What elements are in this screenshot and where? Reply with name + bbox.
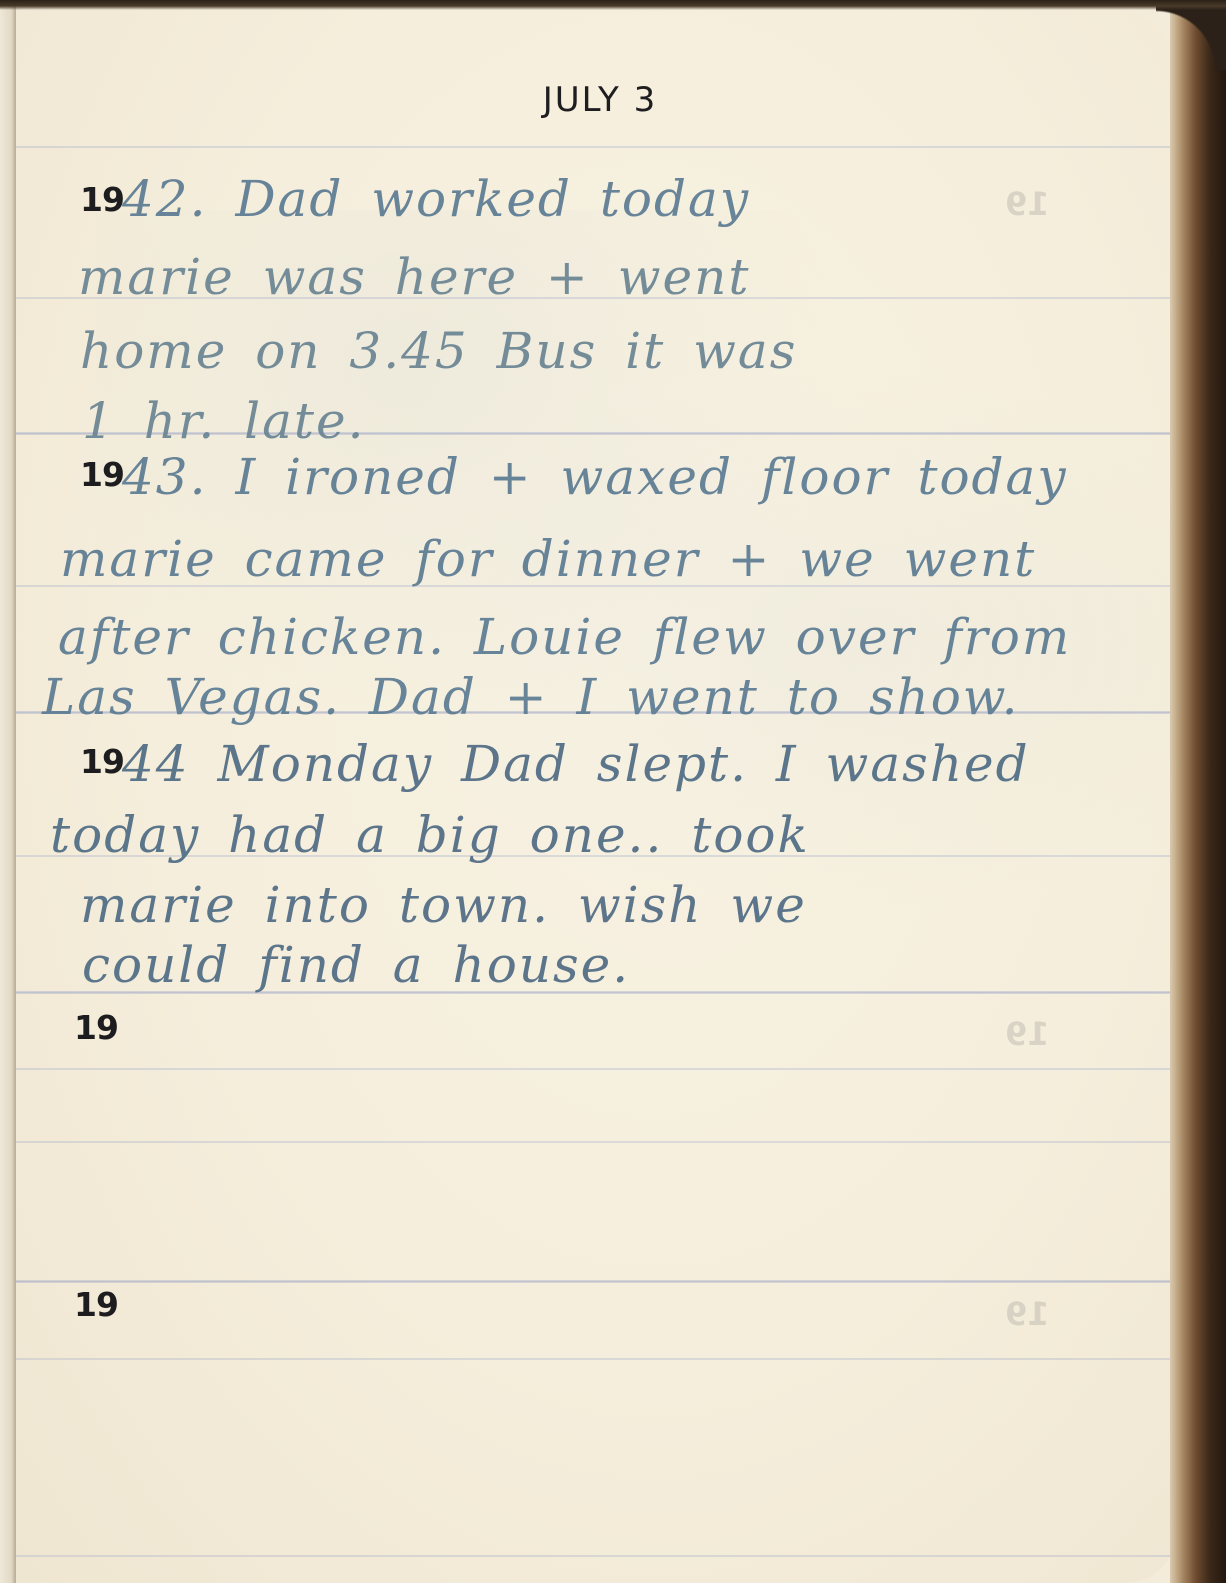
entry-1944-line-1: 44 Monday Dad slept. I washed	[122, 735, 1030, 793]
entry-1942-line-2: marie was here + went	[78, 248, 750, 306]
section-divider-line	[16, 1280, 1176, 1283]
year-suffix-1943: 43.	[122, 448, 208, 506]
entry-text: Dad worked today	[235, 170, 750, 228]
ghost-year-label: 19	[1005, 185, 1050, 223]
entry-1943-line-3: after chicken. Louie flew over from	[58, 608, 1071, 666]
entry-1942-line-3: home on 3.45 Bus it was	[80, 322, 797, 380]
year-suffix-1942: 42.	[122, 170, 208, 228]
year-prefix-5: 19	[74, 1285, 118, 1324]
entry-1943-line-2: marie came for dinner + we went	[60, 530, 1036, 588]
entry-1942-line-4: 1 hr. late.	[82, 392, 365, 450]
entry-1944-line-3: marie into town. wish we	[80, 876, 807, 934]
year-prefix-1: 19	[80, 180, 124, 219]
ghost-year-label: 19	[1005, 1295, 1050, 1333]
book-top-edge	[0, 0, 1226, 10]
entry-text: Monday Dad slept. I washed	[218, 735, 1030, 793]
year-prefix-4: 19	[74, 1008, 118, 1047]
page-date-header: JULY 3	[16, 80, 1176, 120]
ruled-line	[16, 1068, 1176, 1070]
entry-1943-line-4: Las Vegas. Dad + I went to show.	[42, 668, 1020, 726]
diary-page: JULY 3	[16, 10, 1176, 1583]
ghost-year-label: 19	[1005, 1015, 1050, 1053]
year-prefix-2: 19	[80, 455, 124, 494]
year-prefix-3: 19	[80, 742, 124, 781]
ruled-line	[16, 146, 1176, 148]
adjacent-page-edge	[0, 0, 16, 1583]
ruled-line	[16, 1555, 1176, 1557]
page-corner-shadow	[1156, 0, 1226, 70]
ruled-line	[16, 1358, 1176, 1360]
entry-1944-line-2: today had a big one.. took	[50, 806, 810, 864]
date-header-text: JULY 3	[543, 80, 658, 120]
entry-text: I ironed + waxed floor today	[235, 448, 1067, 506]
book-fore-edge	[1170, 0, 1226, 1583]
entry-1943-line-1: 43. I ironed + waxed floor today	[122, 448, 1068, 506]
entry-1942-line-1: 42. Dad worked today	[122, 170, 750, 228]
entry-1944-line-4: could find a house.	[82, 936, 630, 994]
ruled-line	[16, 1141, 1176, 1143]
year-suffix-1944: 44	[122, 735, 190, 793]
diary-scan: JULY 3 19 19 19 19 42. Dad worked today …	[0, 0, 1226, 1583]
